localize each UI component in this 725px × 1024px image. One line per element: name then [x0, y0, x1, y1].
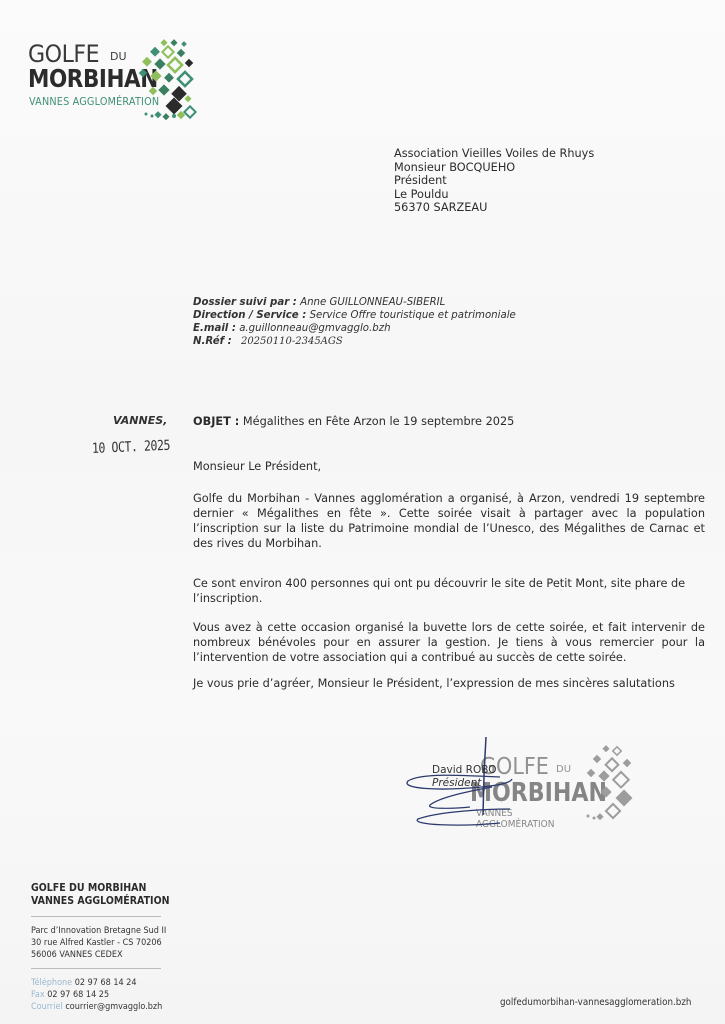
recipient-line: Association Vieilles Voiles de Rhuys	[394, 147, 594, 161]
stamp-mosaic-icon	[580, 742, 640, 826]
dossier-email-label: E.mail :	[193, 323, 236, 334]
footer-address-line: Parc d’Innovation Bretagne Sud II	[31, 925, 166, 937]
dossier-followed-by: Dossier suivi par : Anne GUILLONNEAU-SIB…	[193, 296, 516, 309]
logo-du: DU	[110, 50, 127, 63]
dossier-direction-label: Direction / Service :	[193, 310, 306, 321]
footer-address: Parc d’Innovation Bretagne Sud II 30 rue…	[31, 925, 166, 961]
stamp-du: DU	[556, 764, 571, 775]
recipient-address: Association Vieilles Voiles de Rhuys Mon…	[394, 147, 594, 215]
phone-label: Téléphone	[31, 978, 72, 988]
body-paragraph: Vous avez à cette occasion organisé la b…	[193, 620, 705, 665]
footer-phone: Téléphone 02 97 68 14 24	[31, 977, 162, 989]
salutation: Monsieur Le Président,	[193, 460, 321, 473]
handwritten-signature	[400, 735, 540, 845]
dossier-email-value: a.guillonneau@gmvagglo.bzh	[239, 323, 390, 334]
dossier-direction-value: Service Offre touristique et patrimonial…	[310, 310, 516, 321]
dossier-email: E.mail : a.guillonneau@gmvagglo.bzh	[193, 322, 516, 335]
place-label: VANNES,	[113, 414, 167, 427]
dossier-followed-label: Dossier suivi par :	[193, 297, 297, 308]
dossier-ref-label: N.Réf :	[193, 336, 232, 347]
body-paragraph: Ce sont environ 400 personnes qui ont pu…	[193, 576, 705, 606]
footer-divider	[31, 968, 161, 969]
subject-line: OBJET : Mégalithes en Fête Arzon le 19 s…	[193, 415, 514, 428]
dossier-ref-value: 20250110-2345AGS	[241, 336, 343, 347]
recipient-line: Monsieur BOCQUEHO	[394, 161, 594, 175]
email-value: courrier@gmvagglo.bzh	[65, 1002, 162, 1012]
header-logo: GOLFE DU MORBIHAN VANNES AGGLOMÉRATION	[28, 40, 208, 130]
signatory-name: David ROBO	[432, 764, 497, 776]
footer-website: golfedumorbihan-vannesagglomeration.bzh	[500, 997, 691, 1008]
body-paragraph: Golfe du Morbihan - Vannes agglomération…	[193, 491, 705, 551]
footer-divider	[31, 916, 161, 917]
email-label: Courriel	[31, 1002, 63, 1012]
dossier-followed-value: Anne GUILLONNEAU-SIBERIL	[300, 297, 445, 308]
footer-org-line: GOLFE DU MORBIHAN	[31, 882, 170, 895]
footer-address-line: 30 rue Alfred Kastler - CS 70206	[31, 937, 166, 949]
footer-email: Courriel courrier@gmvagglo.bzh	[31, 1001, 162, 1013]
letter-page: GOLFE DU MORBIHAN VANNES AGGLOMÉRATION	[0, 0, 725, 1024]
phone-value: 02 97 68 14 24	[75, 978, 137, 988]
dossier-ref: N.Réf : 20250110-2345AGS	[193, 335, 516, 348]
signatory-title: Président	[432, 777, 481, 789]
footer-org-line: VANNES AGGLOMÉRATION	[31, 895, 170, 908]
dossier-direction: Direction / Service : Service Offre tour…	[193, 309, 516, 322]
recipient-line: Président	[394, 174, 594, 188]
recipient-line: Le Pouldu	[394, 188, 594, 202]
footer-address-line: 56006 VANNES CEDEX	[31, 949, 166, 961]
subject-label: OBJET :	[193, 415, 239, 428]
body-paragraph: Je vous prie d’agréer, Monsieur le Prési…	[193, 676, 705, 691]
fax-value: 02 97 68 14 25	[47, 990, 109, 1000]
recipient-line: 56370 SARZEAU	[394, 201, 594, 215]
footer-contact: Téléphone 02 97 68 14 24 Fax 02 97 68 14…	[31, 977, 162, 1013]
mosaic-icon	[132, 38, 198, 122]
footer-organization: GOLFE DU MORBIHAN VANNES AGGLOMÉRATION	[31, 882, 170, 908]
dossier-info: Dossier suivi par : Anne GUILLONNEAU-SIB…	[193, 296, 516, 348]
subject-value: Mégalithes en Fête Arzon le 19 septembre…	[243, 415, 514, 428]
fax-label: Fax	[31, 990, 45, 1000]
footer-fax: Fax 02 97 68 14 25	[31, 989, 162, 1001]
date-stamp: 10 OCT. 2025	[92, 438, 170, 457]
